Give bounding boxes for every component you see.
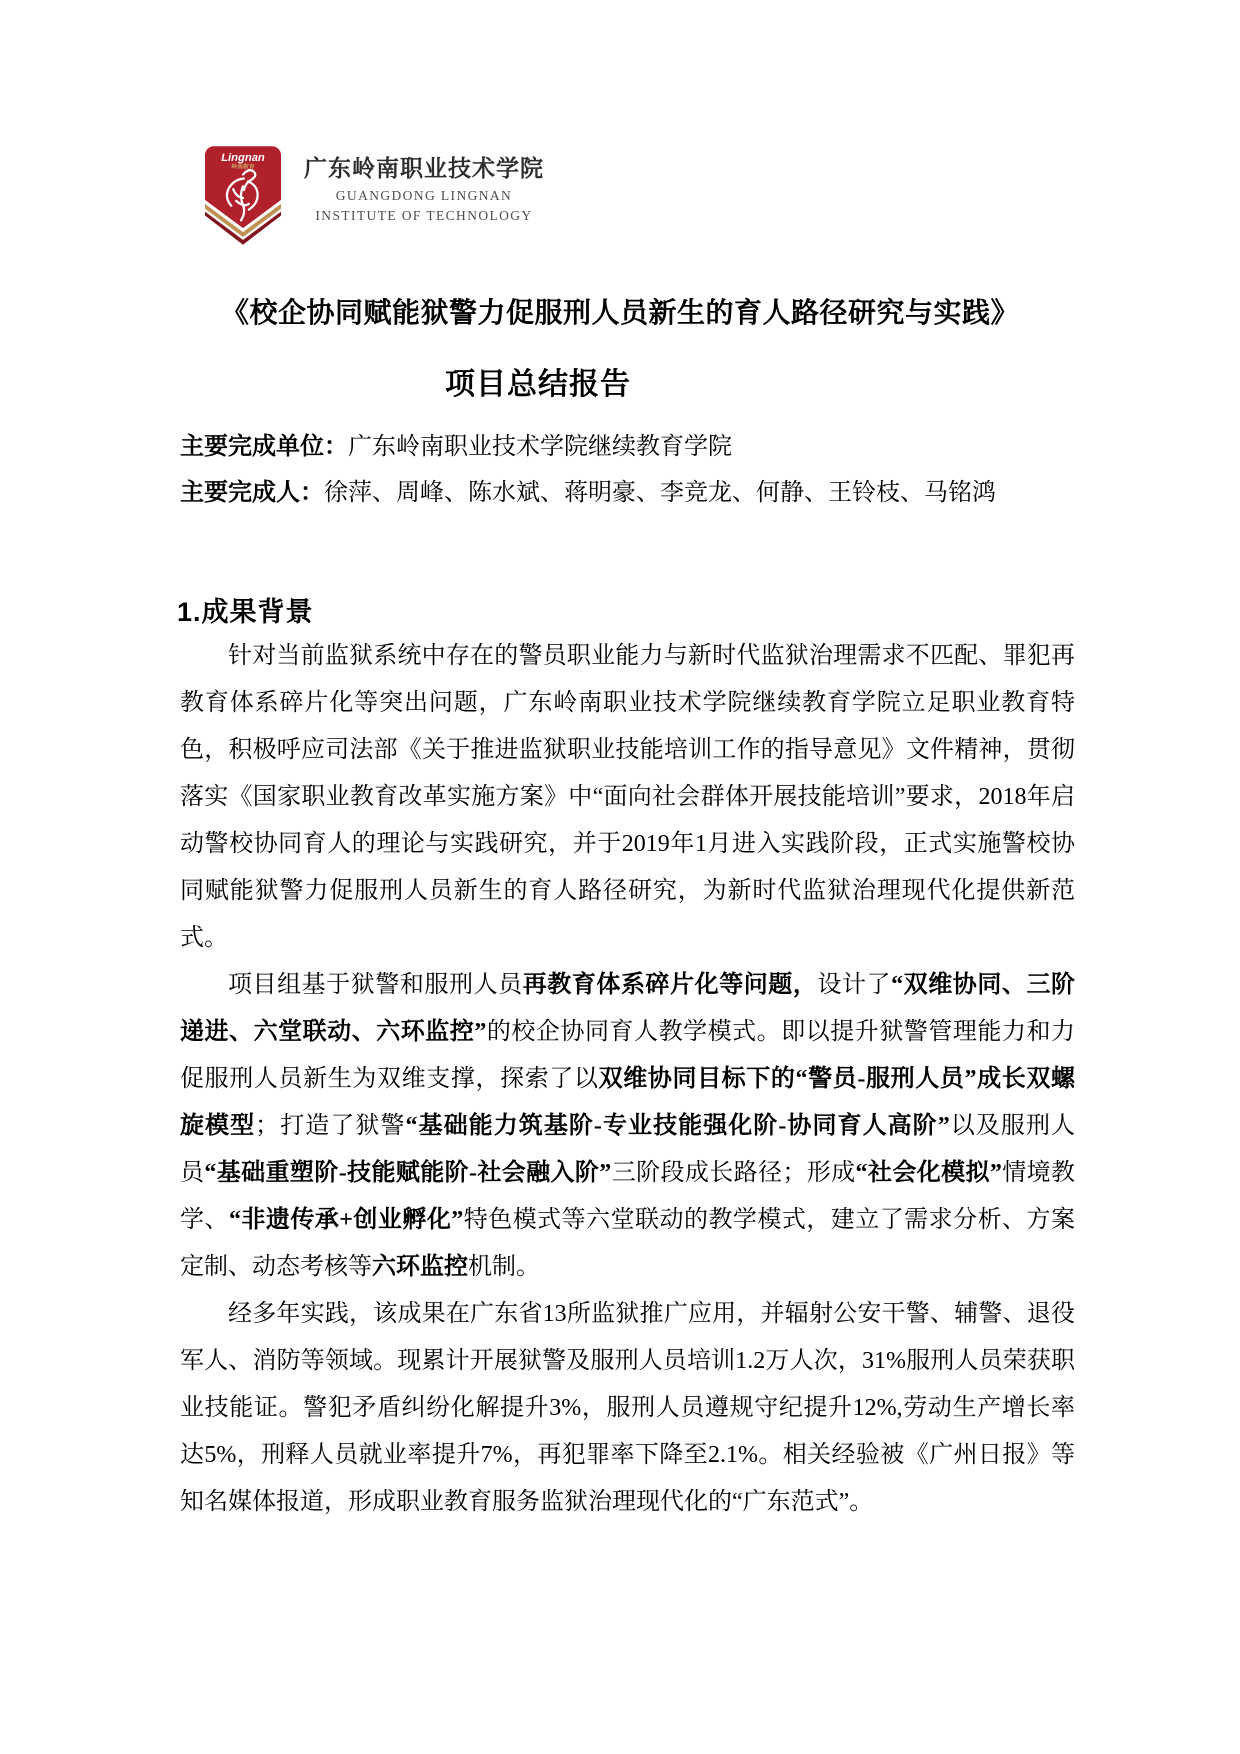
paragraph: 针对当前监狱系统中存在的警员职业能力与新时代监狱治理需求不匹配、罪犯再教育体系碎… [180, 633, 1075, 962]
completion-people-label: 主要完成人： [180, 479, 324, 506]
bold-text-run: “基础重塑阶-技能赋能阶-社会融入阶” [204, 1160, 611, 1186]
completion-people-value: 徐萍、周峰、陈水斌、蒋明豪、李竞龙、何静、王铃枝、马铭鸿 [324, 480, 996, 506]
university-logo: Lingnan 岭南教育 广东岭南职业技术学院 GUANGDONG LINGNA… [204, 146, 544, 246]
paragraph: 经多年实践，该成果在广东省13所监狱推广应用，并辐射公安干警、辅警、退役军人、消… [180, 1291, 1075, 1526]
shield-wordmark: Lingnan [221, 152, 265, 164]
document-page: Lingnan 岭南教育 广东岭南职业技术学院 GUANGDONG LINGNA… [0, 0, 1240, 1754]
section-heading: 1.成果背景 [177, 590, 314, 629]
text-run: 机制。 [468, 1254, 540, 1280]
university-name-en-line1: GUANGDONG LINGNAN [304, 186, 544, 206]
text-run: 项目组基于狱警和服刑人员 [228, 972, 523, 998]
university-name-block: 广东岭南职业技术学院 GUANGDONG LINGNAN INSTITUTE O… [304, 146, 544, 225]
completion-people-line: 主要完成人：徐萍、周峰、陈水斌、蒋明豪、李竞龙、何静、王铃枝、马铭鸿 [180, 470, 1075, 516]
university-name-cn: 广东岭南职业技术学院 [304, 150, 544, 183]
text-run: 设计了 [817, 972, 891, 998]
text-run: 针对当前监狱系统中存在的警员职业能力与新时代监狱治理需求不匹配、罪犯再教育体系碎… [180, 643, 1075, 951]
bold-text-run: 再教育体系碎片化等问题， [523, 972, 818, 998]
completion-unit-line: 主要完成单位：广东岭南职业技术学院继续教育学院 [180, 424, 1075, 470]
completion-meta: 主要完成单位：广东岭南职业技术学院继续教育学院 主要完成人：徐萍、周峰、陈水斌、… [180, 424, 1075, 516]
university-name-en-line2: INSTITUTE OF TECHNOLOGY [304, 206, 544, 226]
completion-unit-value: 广东岭南职业技术学院继续教育学院 [348, 434, 732, 460]
text-run: 三阶段成长路径；形成 [611, 1160, 855, 1186]
university-name-en: GUANGDONG LINGNAN INSTITUTE OF TECHNOLOG… [304, 186, 544, 225]
text-run: 经多年实践，该成果在广东省13所监狱推广应用，并辐射公安干警、辅警、退役军人、消… [180, 1301, 1075, 1515]
lingnan-shield-icon: Lingnan 岭南教育 [204, 146, 282, 246]
report-title: 《校企协同赋能狱警力促服刑人员新生的育人路径研究与实践》 [0, 291, 1240, 331]
bold-text-run: “基础能力筑基阶-专业技能强化阶-协同育人高阶” [406, 1113, 950, 1139]
text-run: ；打造了狱警 [255, 1113, 405, 1139]
paragraph: 项目组基于狱警和服刑人员再教育体系碎片化等问题，设计了“双维协同、三阶递进、六堂… [180, 962, 1075, 1291]
report-subtitle: 项目总结报告 [0, 359, 1158, 403]
bold-text-run: “非遗传承+创业孵化” [229, 1207, 463, 1233]
bold-text-run: 六环监控 [372, 1254, 468, 1280]
bold-text-run: “社会化模拟” [856, 1160, 1002, 1186]
completion-unit-label: 主要完成单位： [180, 433, 348, 460]
body-paragraphs: 针对当前监狱系统中存在的警员职业能力与新时代监狱治理需求不匹配、罪犯再教育体系碎… [180, 633, 1075, 1526]
